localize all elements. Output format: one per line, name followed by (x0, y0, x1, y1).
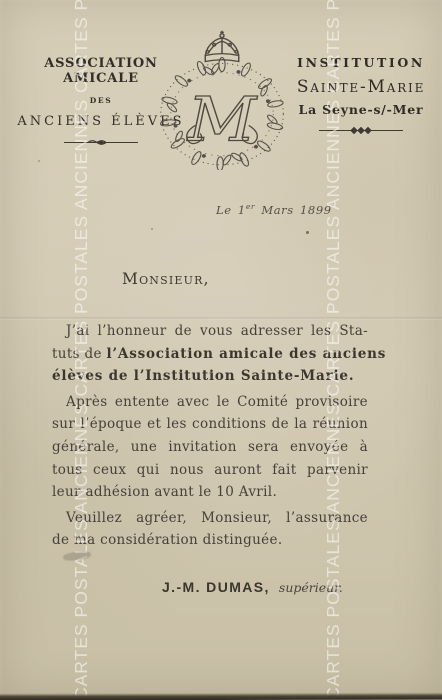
letter-line: tuts de l’Association amicale des ancien… (52, 343, 368, 366)
signature-name: J.-M. DUMAS, (162, 579, 270, 595)
letter-date: Le 1er Mars 1899 (216, 202, 332, 217)
crown-icon (205, 31, 238, 62)
scan-bottom-edge (0, 693, 442, 700)
date-prefix: Le 1 (216, 203, 246, 217)
letter-line: élèves de l’Institution Sainte-Marie. (52, 365, 368, 388)
paragraph: Après entente avec le Comité provisoires… (52, 391, 368, 504)
letter-line: leur adhésion avant le 10 Avril. (52, 481, 368, 504)
letter-line: sur l’époque et les conditions de la réu… (52, 413, 368, 436)
letter-text-segment: Veuillez agréer, Monsieur, l’assurance (66, 510, 368, 526)
monogram-letter: M (187, 85, 258, 155)
scanned-letter-page: { "watermark": { "text": "CARTES POSTALE… (0, 0, 442, 700)
date-ordinal: er (246, 202, 255, 211)
letter-text-segment: générale, une invitation sera envoyée à (52, 439, 368, 455)
institution-city: La Seyne-s/-Mer (286, 102, 436, 117)
header-institution: INSTITUTION Sainte-Marie La Seyne-s/-Mer (286, 55, 436, 135)
letter-text-segment: Après entente avec le Comité provisoire (66, 394, 368, 410)
letter-line: générale, une invitation sera envoyée à (52, 436, 368, 459)
letter-body: J’ai l’honneur de vous adresser les Sta-… (52, 320, 368, 552)
institution-label: INSTITUTION (286, 55, 436, 70)
signature-line: J.-M. DUMAS, supérieur. (162, 577, 343, 596)
date-rest: Mars 1899 (255, 203, 332, 217)
letter-text-segment: tous ceux qui nous auront fait parvenir (52, 462, 368, 478)
letter-line: J’ai l’honneur de vous adresser les Sta- (52, 320, 368, 343)
letter-line: de ma considération distinguée. (52, 529, 368, 552)
letter-text-segment: sur l’époque et les conditions de la réu… (52, 416, 368, 432)
ornamental-divider-left (61, 138, 141, 147)
institution-name: Sainte-Marie (286, 77, 436, 97)
letter-text-segment: de ma considération distinguée. (52, 532, 282, 548)
letter-line: tous ceux qui nous auront fait parvenir (52, 459, 368, 482)
monogram: M (187, 85, 258, 155)
marian-monogram-wreath-icon: M (146, 28, 298, 170)
letter-line: Veuillez agréer, Monsieur, l’assurance (52, 507, 368, 530)
ornamental-divider-right (315, 126, 407, 135)
letter-text-segment: leur adhésion avant le 10 Avril. (52, 484, 277, 500)
letter-line: Après entente avec le Comité provisoire (52, 391, 368, 414)
paragraph: J’ai l’honneur de vous adresser les Sta-… (52, 320, 368, 388)
letter-greeting: Monsieur, (122, 270, 210, 288)
letter-text-segment: élèves de l’Institution Sainte-Marie. (52, 368, 354, 384)
paragraph: Veuillez agréer, Monsieur, l’assurancede… (52, 507, 368, 552)
letter-text-segment: tuts de (52, 346, 107, 362)
letter-text-segment: l’Association amicale des anciens (107, 346, 387, 362)
letter-text-segment: J’ai l’honneur de vous adresser les Sta- (66, 323, 368, 339)
signature-title: supérieur. (279, 580, 343, 595)
